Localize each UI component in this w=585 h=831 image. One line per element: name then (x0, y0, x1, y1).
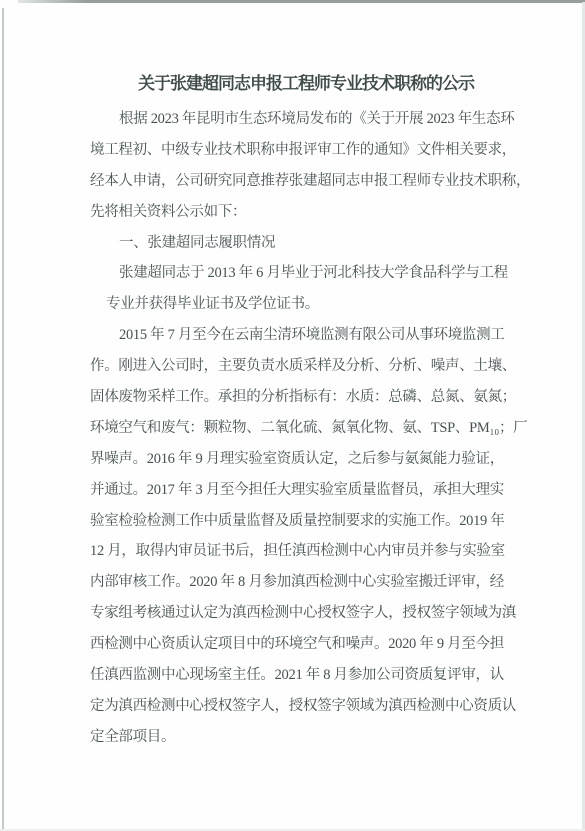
body-line: 验室检验检测工作中质量监督及质量控制要求的实施工作。2019 年 (90, 506, 522, 537)
body-line: 定全部项目。 (90, 722, 522, 753)
body-line: 任滇西监测中心现场室主任。2021 年 8 月参加公司资质复评审，认 (90, 660, 522, 691)
body-line: 境工程初、中级专业技术职称申报评审工作的通知》文件相关要求， (90, 135, 522, 166)
document-content: 关于张建超同志申报工程师专业技术职称的公示 根据 2023 年昆明市生态环境局发… (90, 70, 522, 753)
document-title: 关于张建超同志申报工程师专业技术职称的公示 (90, 70, 522, 98)
body-line: 内部审核工作。2020 年 8 月参加滇西检测中心实验室搬迁评审，经 (90, 567, 522, 598)
body-line: 2015 年 7 月至今在云南尘清环境监测有限公司从事环境监测工 (90, 320, 522, 351)
body-line: 经本人申请，公司研究同意推荐张建超同志申报工程师专业技术职称， (90, 166, 522, 197)
section-heading-line: 一、张建超同志履职情况 (90, 228, 522, 259)
body-line: 根据 2023 年昆明市生态环境局发布的《关于开展 2023 年生态环 (90, 104, 522, 135)
body-line: 并通过。2017 年 3 月至今担任大理实验室质量监督员，承担大理实 (90, 475, 522, 506)
scan-edge-left (2, 8, 4, 831)
document-body: 根据 2023 年昆明市生态环境局发布的《关于开展 2023 年生态环境工程初、… (90, 104, 522, 753)
body-line: 西检测中心资质认定项目中的环境空气和噪声。2020 年 9 月至今担 (90, 629, 522, 660)
body-line: 固体废物采样工作。承担的分析指标有：水质：总磷、总氮、氨氮； (90, 382, 522, 413)
body-line: 张建超同志于 2013 年 6 月毕业于河北科技大学食品科学与工程 (90, 258, 522, 289)
body-line: 专业并获得毕业证书及学位证书。 (90, 289, 522, 320)
body-line: 定为滇西检测中心授权签字人，授权签字领域为滇西检测中心资质认 (90, 691, 522, 722)
scanned-document-page: 关于张建超同志申报工程师专业技术职称的公示 根据 2023 年昆明市生态环境局发… (0, 0, 585, 831)
body-line: 作。刚进入公司时，主要负责水质采样及分析、分析、噪声、土壤、 (90, 351, 522, 382)
body-line: 环境空气和废气：颗粒物、二氧化硫、氮氧化物、氨、TSP、PM₁₀；厂 (90, 413, 522, 444)
body-line: 12 月，取得内审员证书后，担任滇西检测中心内审员并参与实验室 (90, 536, 522, 567)
scan-edge-top (18, 0, 585, 3)
body-line: 专家组考核通过认定为滇西检测中心授权签字人，授权签字领域为滇 (90, 598, 522, 629)
body-line: 界噪声。2016 年 9 月理实验室资质认定，之后参与氨氮能力验证， (90, 444, 522, 475)
body-line: 先将相关资料公示如下： (90, 197, 522, 228)
